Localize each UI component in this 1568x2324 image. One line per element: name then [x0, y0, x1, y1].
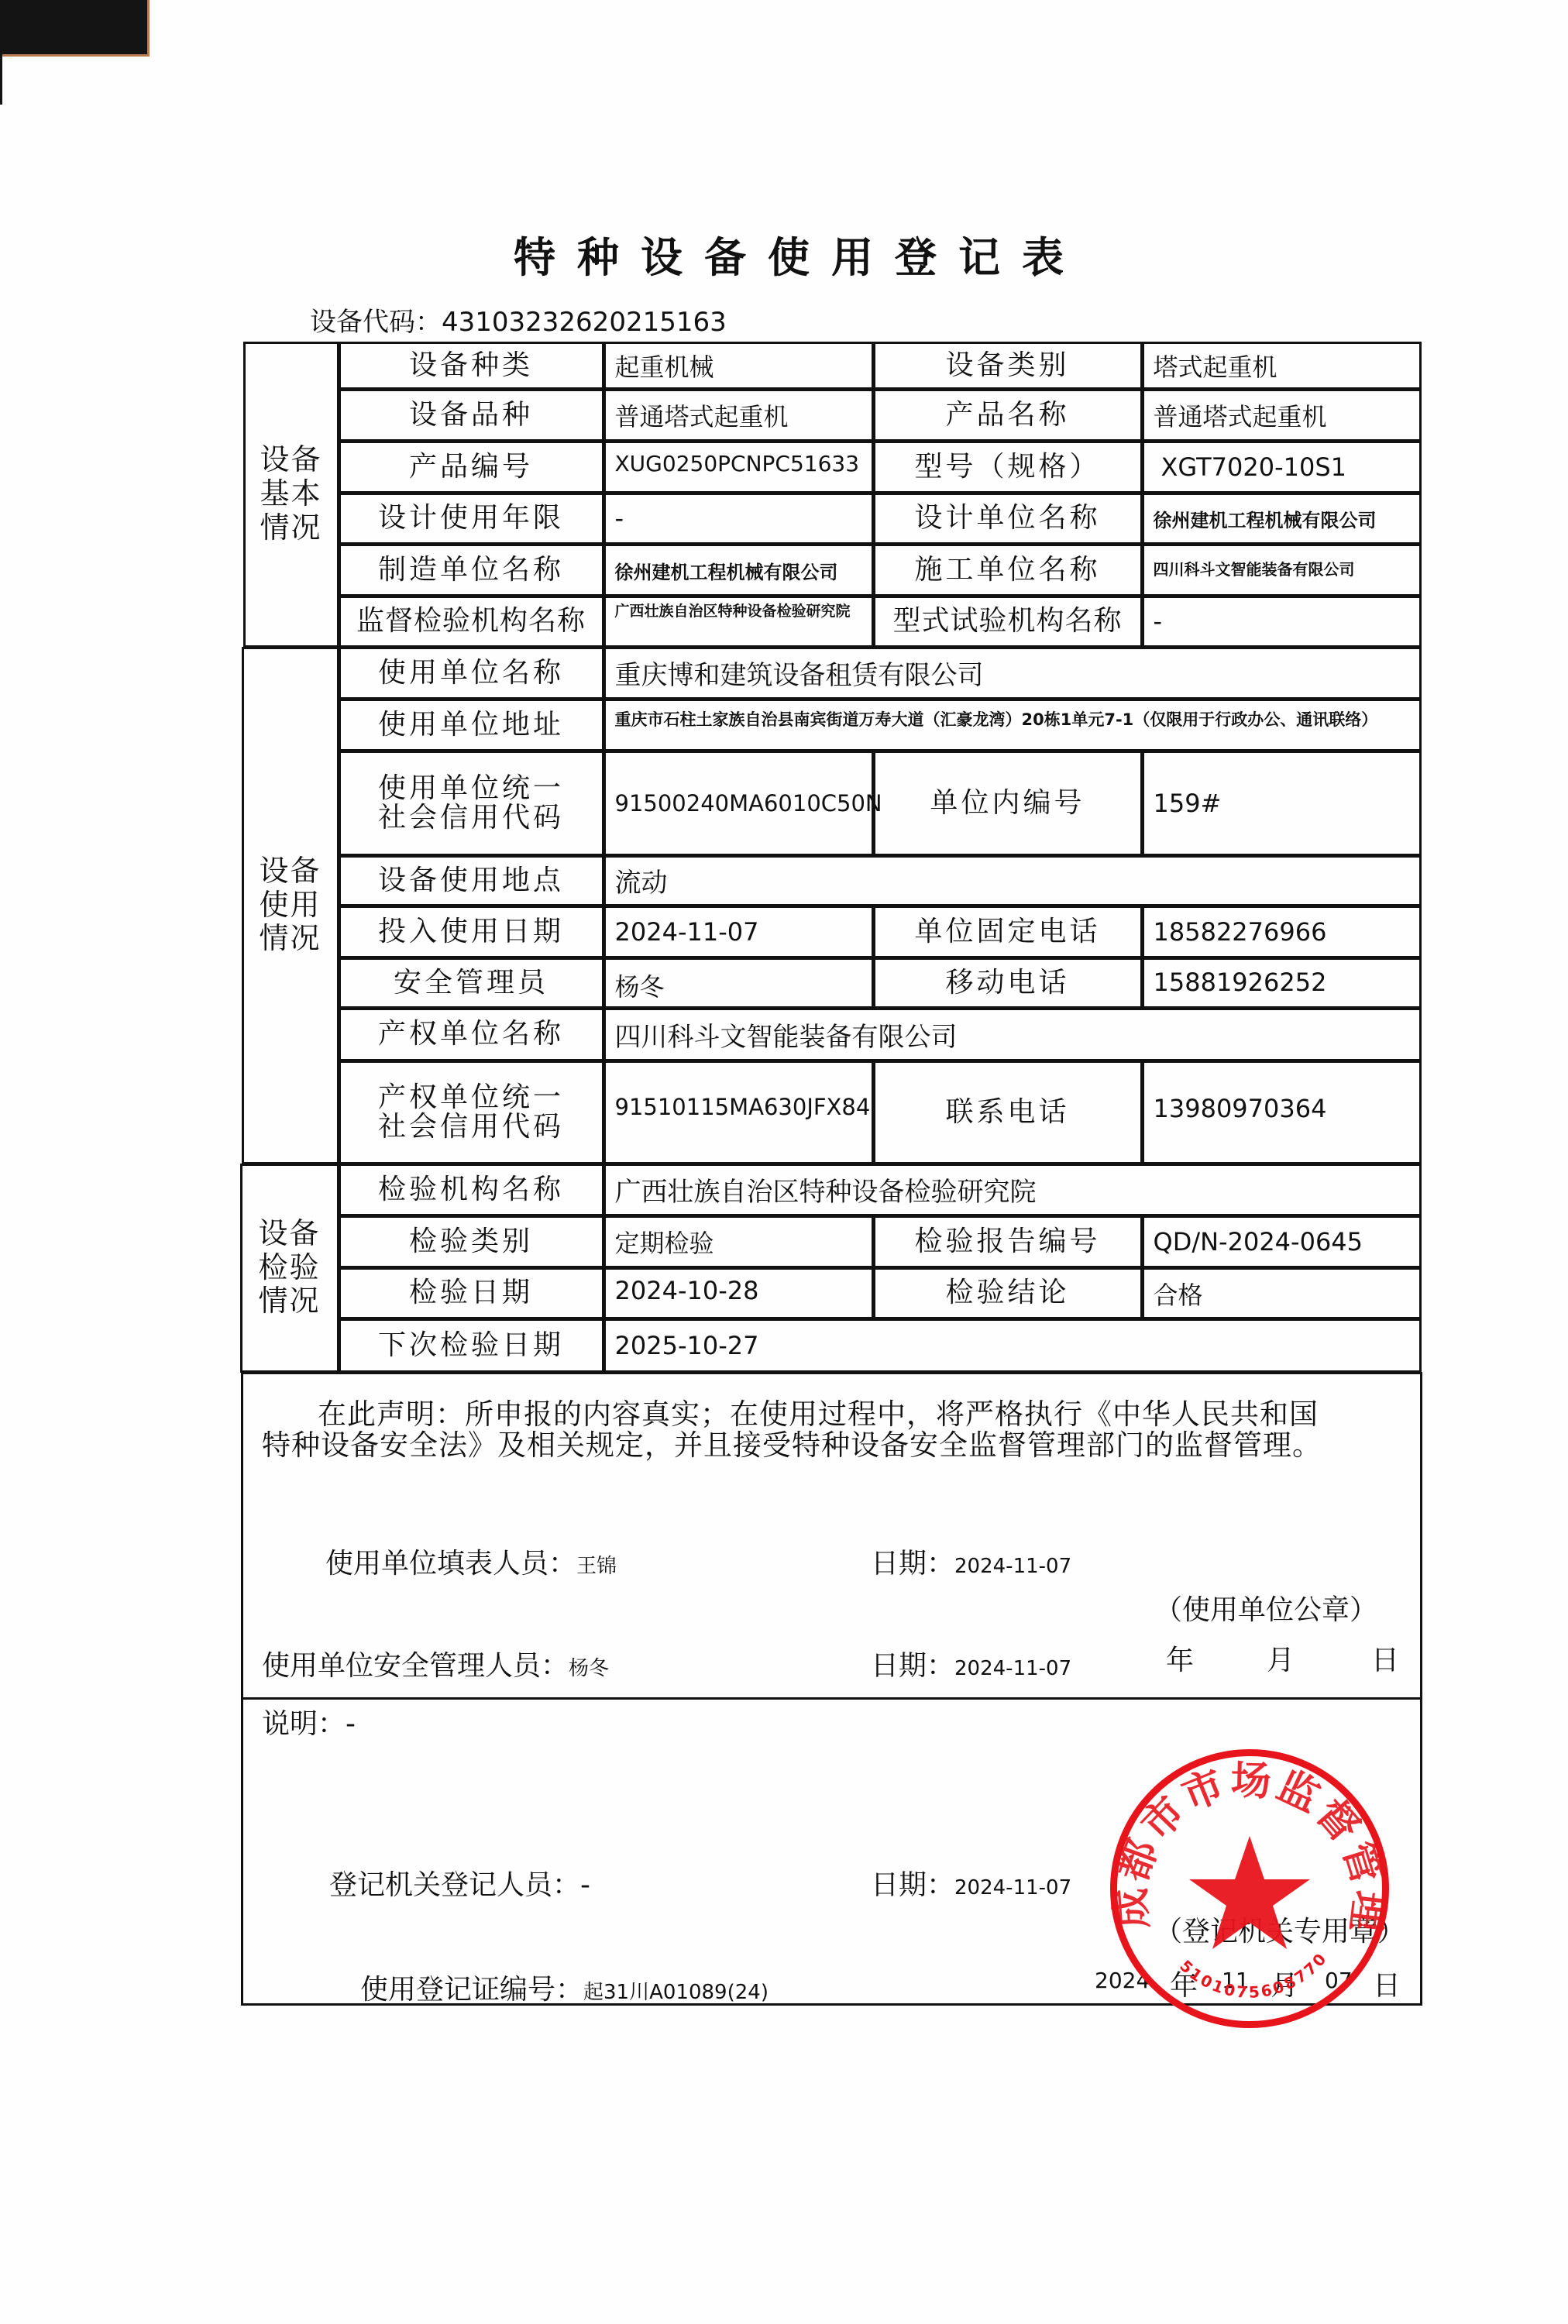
user-seal-label: （使用单位公章）: [1154, 1588, 1377, 1628]
declaration-month-label: 月: [1267, 1638, 1295, 1678]
label-fixed-phone: 单位固定电话: [873, 906, 1143, 958]
filler-date-label: 日期：: [871, 1548, 954, 1580]
value-supervision-agency: 广西壮族自治区特种设备检验研究院: [603, 596, 874, 648]
stamp-graphic: 成都市市场监督管理局 5101075608770: [1110, 1749, 1389, 2028]
value-inspection-type: 定期检验: [603, 1215, 874, 1268]
value-start-date: 2024-11-07: [603, 906, 874, 958]
note-value: -: [346, 1708, 356, 1740]
stamp-number: 5101075608770: [1176, 1948, 1331, 2002]
cert-label: 使用登记证编号：: [360, 1974, 583, 2006]
safety-date: 2024-11-07: [954, 1657, 1071, 1680]
label-equipment-variety: 设备品种: [339, 389, 604, 442]
value-report-number: QD/N-2024-0645: [1142, 1215, 1422, 1268]
registration-date-row: 日期：2024-11-07: [871, 1863, 1071, 1903]
svg-text:5101075608770: 5101075608770: [1176, 1948, 1331, 2002]
label-manufacturer: 制造单位名称: [339, 544, 604, 596]
label-equipment-type: 设备种类: [339, 342, 604, 390]
cert-number: 起31川A01089(24): [583, 1981, 769, 2004]
value-contact-phone: 13980970364: [1142, 1061, 1422, 1164]
label-user-name: 使用单位名称: [339, 647, 604, 700]
value-model: XGT7020-10S1: [1142, 441, 1422, 493]
label-start-date: 投入使用日期: [339, 906, 604, 958]
value-safety-manager: 杨冬: [603, 957, 874, 1009]
value-user-credit-code: 91500240MA6010C50N: [603, 751, 874, 856]
registration-date: 2024-11-07: [954, 1876, 1071, 1899]
page-title: 特种设备使用登记表: [0, 225, 1568, 284]
label-equipment-category: 设备类别: [873, 342, 1143, 390]
label-inspection-date: 检验日期: [339, 1267, 604, 1319]
value-owner-name: 四川科斗文智能装备有限公司: [603, 1008, 1422, 1061]
label-report-number: 检验报告编号: [873, 1215, 1143, 1268]
value-mobile-phone: 15881926252: [1142, 957, 1422, 1009]
scan-corner-shadow: [0, 0, 150, 57]
value-inspection-agency: 广西壮族自治区特种设备检验研究院: [603, 1164, 1422, 1216]
declaration-line-2: 特种设备安全法》及相关规定，并且接受特种设备安全监督管理部门的监督管理。: [262, 1422, 1322, 1463]
star-icon: [1189, 1836, 1310, 1949]
declaration-year-label: 年: [1166, 1638, 1194, 1678]
value-fixed-phone: 18582276966: [1142, 906, 1422, 958]
filler-label: 使用单位填表人员：: [325, 1548, 576, 1580]
label-inspection-type: 检验类别: [339, 1215, 604, 1268]
declaration-day-label: 日: [1371, 1638, 1399, 1678]
equipment-code-label: 设备代码：: [310, 307, 442, 338]
official-stamp: 成都市市场监督管理局 5101075608770: [1110, 1749, 1389, 2028]
registrar-label: 登记机关登记人员：: [329, 1869, 580, 1901]
filler-date: 2024-11-07: [954, 1555, 1071, 1578]
label-design-unit: 设计单位名称: [873, 493, 1143, 545]
value-inspection-conclusion: 合格: [1142, 1267, 1422, 1319]
value-user-address: 重庆市石柱土家族自治县南宾街道万寿大道（汇豪龙湾）20栋1单元7-1（仅限用于行…: [603, 699, 1422, 751]
safety-person: 杨冬: [569, 1657, 609, 1680]
value-inspection-date: 2024-10-28: [603, 1267, 874, 1319]
value-construction-unit: 四川科斗文智能装备有限公司: [1142, 544, 1422, 596]
scan-edge-shadow: [0, 54, 2, 105]
filler-row: 使用单位填表人员：王锦: [325, 1542, 617, 1581]
value-internal-number: 159#: [1142, 751, 1422, 856]
registrar-value: -: [580, 1869, 590, 1901]
label-internal-number: 单位内编号: [873, 751, 1143, 856]
label-user-address: 使用单位地址: [339, 699, 604, 751]
registration-date-label: 日期：: [871, 1869, 954, 1901]
value-type-test-agency: -: [1142, 596, 1422, 648]
value-design-life: -: [603, 493, 874, 545]
label-mobile-phone: 移动电话: [873, 957, 1143, 1009]
label-inspection-conclusion: 检验结论: [873, 1267, 1143, 1319]
label-product-number: 产品编号: [339, 441, 604, 493]
safety-label: 使用单位安全管理人员：: [262, 1650, 569, 1682]
value-user-name: 重庆博和建筑设备租赁有限公司: [603, 647, 1422, 700]
label-owner-name: 产权单位名称: [339, 1008, 604, 1061]
label-inspection-agency: 检验机构名称: [339, 1164, 604, 1216]
label-user-credit-code: 使用单位统一社会信用代码: [339, 751, 604, 856]
label-usage-location: 设备使用地点: [339, 855, 604, 906]
value-manufacturer: 徐州建机工程机械有限公司: [603, 544, 874, 596]
note-row: 说明：-: [262, 1702, 356, 1741]
label-safety-manager: 安全管理员: [339, 957, 604, 1009]
equipment-code: 设备代码：43103232620215163: [310, 301, 727, 339]
filler-date-row: 日期：2024-11-07: [871, 1542, 1071, 1581]
value-product-number: XUG0250PCNPC51633: [603, 441, 874, 493]
section-heading-basic: 设备基本情况: [243, 342, 339, 648]
label-type-test-agency: 型式试验机构名称: [873, 596, 1143, 648]
label-owner-credit-code: 产权单位统一社会信用代码: [339, 1061, 604, 1164]
registrar-row: 登记机关登记人员：-: [329, 1863, 590, 1903]
safety-date-label: 日期：: [871, 1650, 954, 1682]
value-next-inspection-date: 2025-10-27: [603, 1318, 1422, 1373]
safety-date-row: 日期：2024-11-07: [871, 1644, 1071, 1683]
label-supervision-agency: 监督检验机构名称: [339, 596, 604, 648]
section-heading-inspection: 设备检验情况: [240, 1164, 339, 1373]
value-design-unit: 徐州建机工程机械有限公司: [1142, 493, 1422, 545]
value-product-name: 普通塔式起重机: [1142, 389, 1422, 442]
value-usage-location: 流动: [603, 855, 1422, 906]
filler-name: 王锦: [576, 1555, 617, 1578]
label-next-inspection-date: 下次检验日期: [339, 1318, 604, 1373]
note-label: 说明：: [262, 1708, 346, 1740]
safety-row: 使用单位安全管理人员：杨冬: [262, 1644, 609, 1683]
label-model: 型号（规格）: [873, 441, 1143, 493]
equipment-code-value: 43103232620215163: [442, 307, 727, 338]
label-design-life: 设计使用年限: [339, 493, 604, 545]
section-heading-usage: 设备使用情况: [242, 647, 339, 1164]
cert-row: 使用登记证编号：起31川A01089(24): [360, 1968, 769, 2007]
label-product-name: 产品名称: [873, 389, 1143, 442]
value-equipment-variety: 普通塔式起重机: [603, 389, 874, 442]
value-equipment-type: 起重机械: [603, 342, 874, 390]
value-owner-credit-code: 91510115MA630JFX84: [603, 1061, 874, 1164]
label-construction-unit: 施工单位名称: [873, 544, 1143, 596]
label-contact-phone: 联系电话: [873, 1061, 1143, 1164]
value-equipment-category: 塔式起重机: [1142, 342, 1422, 390]
